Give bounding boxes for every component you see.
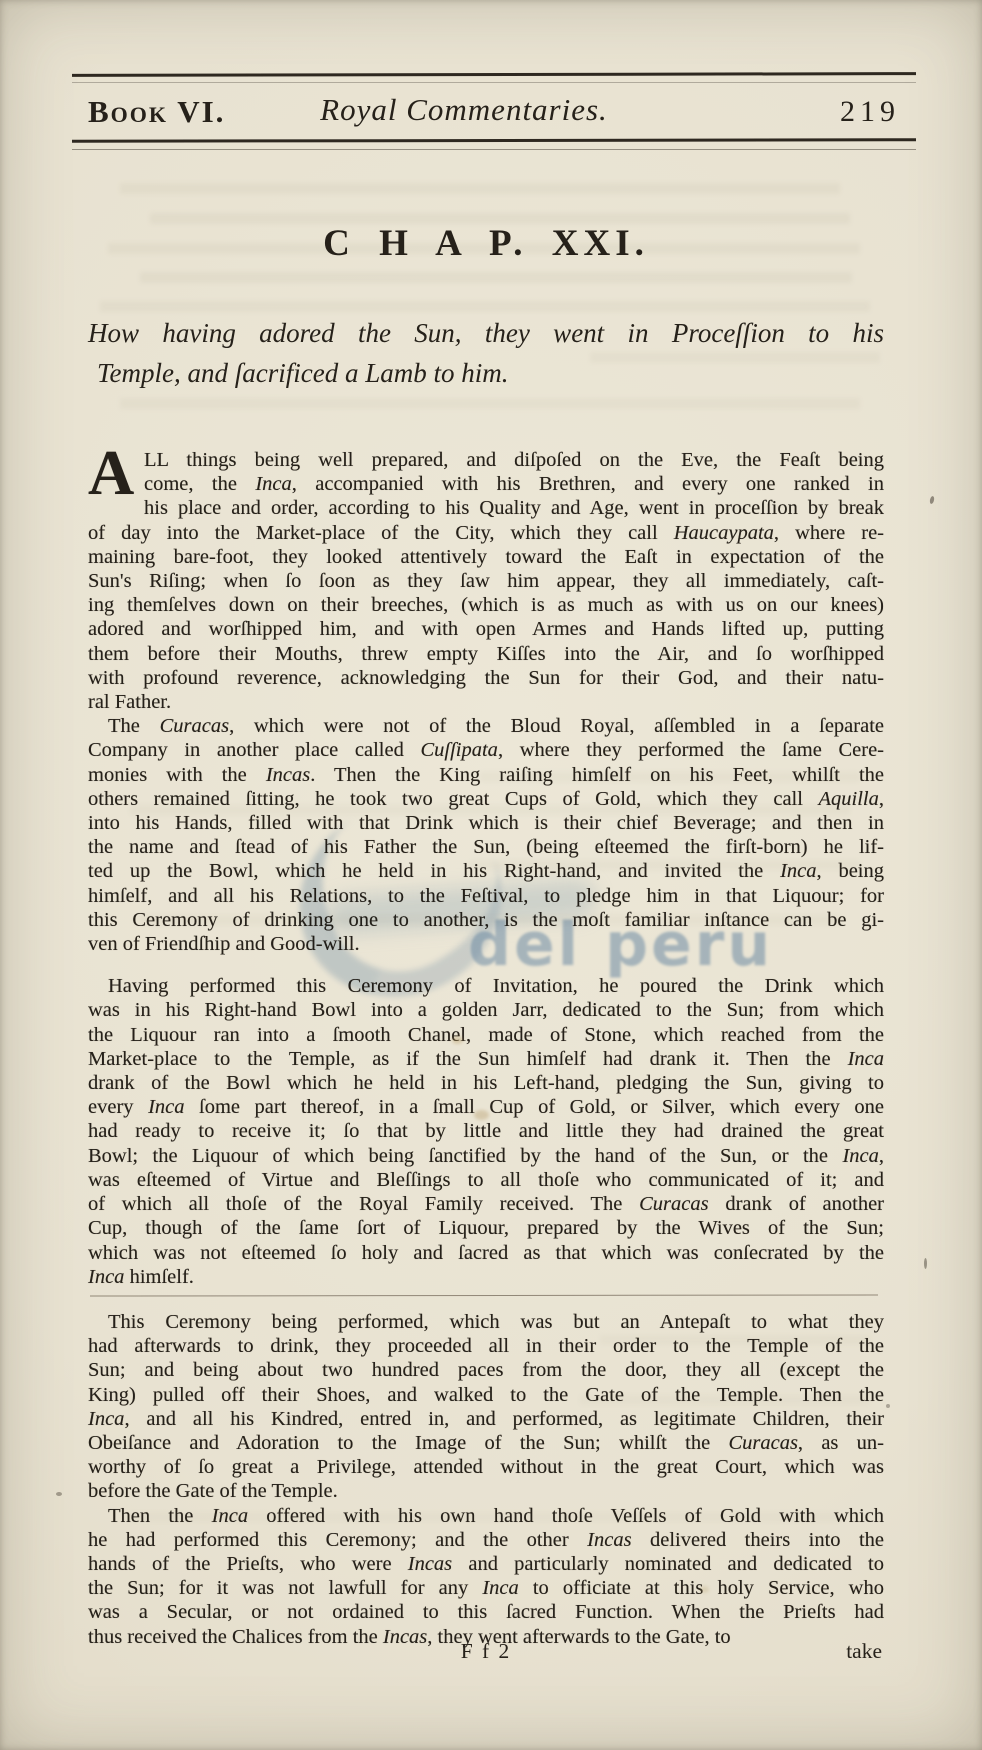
text-line: The Curacas, which were not of the Bloud… (88, 714, 884, 738)
paragraph: This Ceremony being performed, which was… (88, 1310, 884, 1504)
text-line: drank of the Bowl which he held in his L… (88, 1071, 884, 1095)
text-line: ted up the Bowl, which he held in his Ri… (88, 859, 884, 883)
section-rule (90, 1294, 878, 1296)
text-line: Inca himſelf. (88, 1265, 884, 1289)
running-title: Royal Commentaries. (88, 92, 840, 128)
subtitle-line: Temple, and ſacrificed a Lamb to him. (88, 353, 884, 393)
text-line: maining bare-foot, they looked attentive… (88, 545, 884, 569)
catchword: take (846, 1639, 882, 1664)
text-line: monies with the Incas. Then the King rai… (88, 763, 884, 787)
chapter-subtitle: How having adored the Sun, they went in … (88, 313, 884, 393)
ink-speck (56, 1492, 62, 1496)
chapter-heading: C H A P. XXI. (88, 222, 884, 266)
text-line: others remained ſitting, he took two gre… (88, 787, 884, 811)
page-number: 219 (840, 95, 900, 129)
drop-cap: A (88, 448, 144, 497)
text-line: them before their Mouths, threw empty Ki… (88, 642, 884, 666)
text-line: himſelf, and all his Relations, to the F… (88, 884, 884, 908)
text-line: Obeiſance and Adoration to the Image of … (88, 1431, 884, 1455)
signature-row: F f 2 take (88, 1639, 884, 1664)
text-line: ven of Friendſhip and Good-will. (88, 932, 884, 956)
paper-stain (452, 1036, 463, 1044)
text-line: Sun; and being about two hundred paces f… (88, 1358, 884, 1382)
text-line: had ready to receive it; ſo that by litt… (88, 1119, 884, 1143)
text-line: the Sun; for it was not lawfull for any … (88, 1576, 884, 1600)
text-line: was in his Right-hand Bowl into a golden… (88, 998, 884, 1022)
running-header: Book VI. Royal Commentaries. 219 (88, 92, 900, 136)
text-line: of day into the Market-place of the City… (88, 521, 884, 545)
paragraph: ALL things being well prepared, and diſp… (88, 448, 884, 714)
signature-mark: F f 2 (461, 1639, 512, 1663)
header-rule-top-thin (72, 82, 916, 83)
paragraph: Having performed this Ceremony of Invita… (88, 974, 884, 1289)
text-line: with profound reverence, acknowledging t… (88, 666, 884, 690)
paper-stain (700, 1586, 709, 1593)
text-line: Company in another place called Cuſſipat… (88, 738, 884, 762)
text-line: the name and ſtead of his Father the Sun… (88, 835, 884, 859)
text-line: had afterwards to drink, they proceeded … (88, 1334, 884, 1358)
text-line: the Liquour ran into a ſmooth Chanel, ma… (88, 1023, 884, 1047)
header-rule-top (72, 72, 916, 76)
text-line: before the Gate of the Temple. (88, 1479, 884, 1503)
text-line: Cup, though of the ſame ſort of Liquour,… (88, 1216, 884, 1240)
text-line: which was not eſteemed ſo holy and ſacre… (88, 1241, 884, 1265)
text-line: was a Secular, or not ordained to this ſ… (88, 1600, 884, 1624)
book-page-scan: Book VI. Royal Commentaries. 219 C H A P… (0, 0, 982, 1750)
text-line: this Ceremony of drinking one to another… (88, 908, 884, 932)
paragraph: Then the Inca offered with his own hand … (88, 1504, 884, 1649)
text-line: Sun's Riſing; when ſo ſoon as they ſaw h… (88, 569, 884, 593)
text-line: worthy of ſo great a Privilege, attended… (88, 1455, 884, 1479)
header-rule-bottom-thin (72, 149, 916, 150)
text-line: Then the Inca offered with his own hand … (88, 1504, 884, 1528)
paper-stain (474, 1110, 489, 1120)
text-line: Having performed this Ceremony of Invita… (88, 974, 884, 998)
text-line: come, the Inca, accompanied with his Bre… (88, 472, 884, 496)
text-line: This Ceremony being performed, which was… (88, 1310, 884, 1334)
text-line: King) pulled off their Shoes, and walked… (88, 1383, 884, 1407)
ink-speck (924, 1258, 927, 1269)
body-paragraphs: ALL things being well prepared, and diſp… (88, 448, 884, 1649)
text-line: Bowl; the Liquour of which being ſanctif… (88, 1144, 884, 1168)
text-line: Inca, and all his Kindred, entred in, an… (88, 1407, 884, 1431)
page-body: C H A P. XXI. How having adored the Sun,… (88, 222, 884, 1664)
text-line: of which all thoſe of the Royal Family r… (88, 1192, 884, 1216)
text-line: ral Father. (88, 690, 884, 714)
text-line: Market-place to the Temple, as if the Su… (88, 1047, 884, 1071)
text-line: adored and worſhipped him, and with open… (88, 617, 884, 641)
show-through (120, 183, 840, 194)
ink-speck (929, 496, 935, 505)
text-line: LL things being well prepared, and diſpo… (88, 448, 884, 472)
text-line: hands of the Prieſts, who were Incas and… (88, 1552, 884, 1576)
text-line: his place and order, according to his Qu… (88, 496, 884, 520)
text-line: ing themſelves down on their breeches, (… (88, 593, 884, 617)
paragraph: The Curacas, which were not of the Bloud… (88, 714, 884, 956)
ink-speck (886, 1404, 890, 1408)
text-line: he had performed this Ceremony; and the … (88, 1528, 884, 1552)
text-line: was eſteemed of Virtue and Bleſſings to … (88, 1168, 884, 1192)
header-rule-bottom (72, 138, 916, 142)
subtitle-line: How having adored the Sun, they went in … (88, 313, 884, 353)
text-line: into his Hands, filled with that Drink w… (88, 811, 884, 835)
